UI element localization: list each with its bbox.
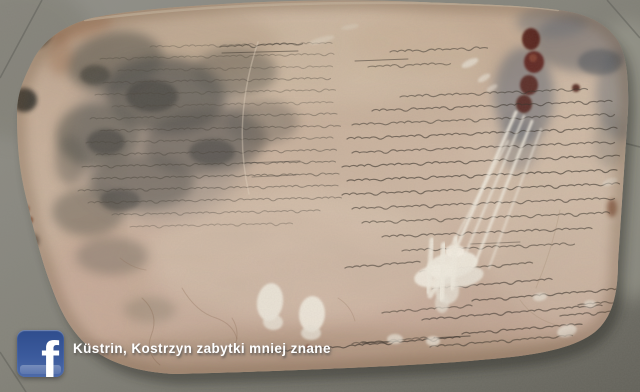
facebook-icon-gloss (20, 365, 61, 374)
photo-frame: f Küstrin, Kostrzyn zabytki mniej znane (0, 0, 640, 392)
watermark: f Küstrin, Kostrzyn zabytki mniej znane (17, 330, 331, 377)
facebook-icon: f (17, 330, 64, 377)
watermark-caption: Küstrin, Kostrzyn zabytki mniej znane (73, 341, 331, 356)
